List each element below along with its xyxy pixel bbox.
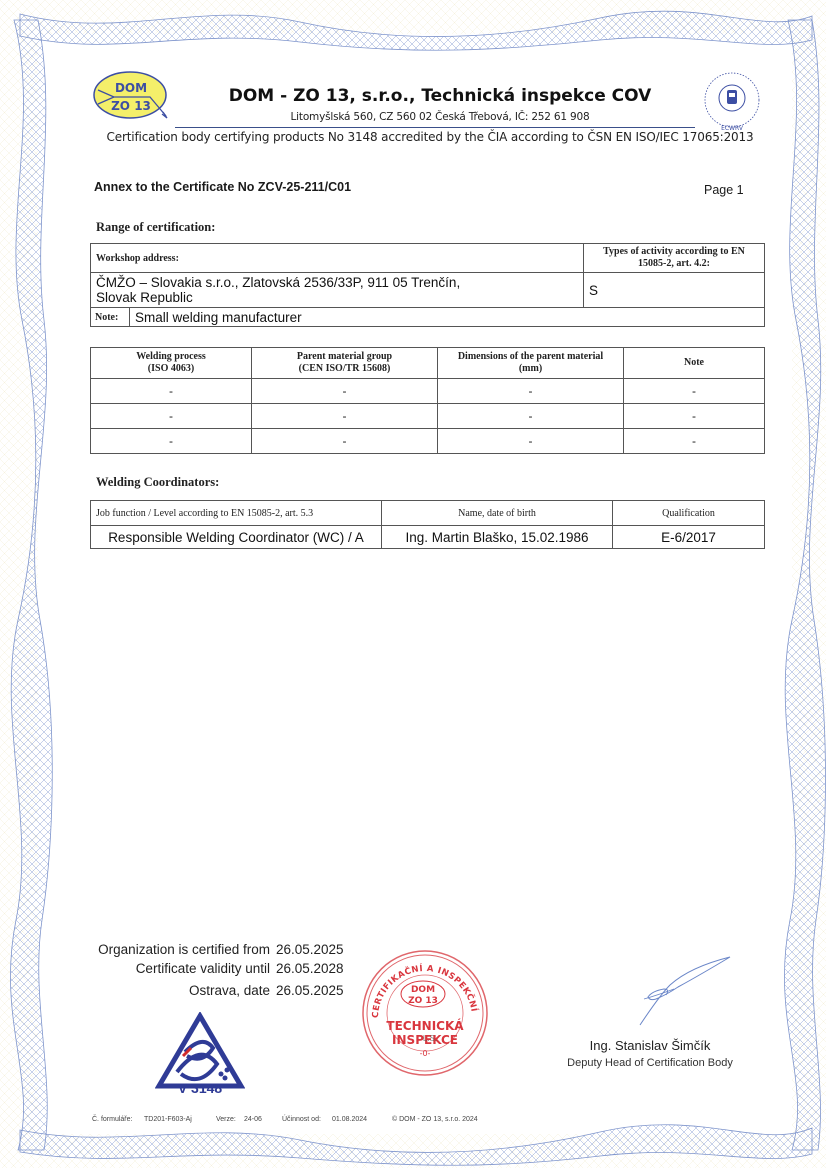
- dom-zo13-logo: DOM ZO 13: [92, 70, 174, 124]
- qualification-cell: E-6/2017: [613, 526, 765, 549]
- address-line-2: Slovak Republic: [96, 290, 578, 305]
- table-cell: -: [91, 429, 252, 454]
- org-address: Litomyšlská 560, CZ 560 02 Česká Třebová…: [180, 111, 700, 123]
- coordinators-heading: Welding Coordinators:: [96, 475, 219, 490]
- job-function-header: Job function / Level according to EN 150…: [91, 501, 382, 526]
- header-divider: [175, 127, 695, 128]
- note-label: Note:: [91, 308, 130, 327]
- table-cell: -: [624, 404, 765, 429]
- valid-until-label: Certificate validity until: [90, 959, 276, 978]
- version-label: Verze:: [216, 1116, 244, 1123]
- header-line-1: Welding process: [96, 351, 246, 363]
- header-line-1: Parent material group: [257, 351, 432, 363]
- address-line-1: ČMŽO – Slovakia s.r.o., Zlatovská 2536/3…: [96, 275, 578, 290]
- place-date: 26.05.2025: [276, 981, 344, 1000]
- svg-text:L.S.: L.S.: [423, 1034, 438, 1043]
- table-cell: -: [438, 379, 624, 404]
- certified-from-label: Organization is certified from: [90, 940, 276, 959]
- certified-from-date: 26.05.2025: [276, 940, 344, 959]
- coordinators-table: Job function / Level according to EN 150…: [90, 500, 765, 549]
- validity-block: Organization is certified from26.05.2025…: [90, 940, 344, 1000]
- activity-value: S: [584, 273, 765, 308]
- org-title: DOM - ZO 13, s.r.o., Technická inspekce …: [180, 86, 700, 106]
- signatory-name: Ing. Stanislav Šimčík: [555, 1038, 745, 1053]
- svg-text:DOM: DOM: [115, 81, 147, 95]
- process-header-4: Note: [624, 348, 765, 379]
- svg-text:ZO 13: ZO 13: [111, 99, 151, 113]
- certificate-annex-page: DOM ZO 13 DOM - ZO 13, s.r.o., Technická…: [0, 0, 826, 1168]
- header-line-2: (ISO 4063): [96, 363, 246, 375]
- svg-text:-0-: -0-: [420, 1049, 431, 1058]
- page-number: Page 1: [704, 183, 744, 197]
- form-number-label: Č. formuláře:: [92, 1116, 144, 1123]
- job-function-cell: Responsible Welding Coordinator (WC) / A: [91, 526, 382, 549]
- table-row: ----: [91, 404, 765, 429]
- header-line-2: (CEN ISO/TR 15608): [257, 363, 432, 375]
- qualification-header: Qualification: [613, 501, 765, 526]
- table-cell: -: [624, 429, 765, 454]
- signatory-role: Deputy Head of Certification Body: [555, 1057, 745, 1069]
- table-cell: -: [91, 379, 252, 404]
- workshop-address: ČMŽO – Slovakia s.r.o., Zlatovská 2536/3…: [91, 273, 584, 308]
- accreditation-number: V 3148: [155, 1080, 245, 1096]
- effective-date: 01.08.2024: [332, 1116, 392, 1123]
- table-row: ----: [91, 379, 765, 404]
- svg-text:DOM: DOM: [411, 985, 435, 995]
- table-cell: -: [252, 379, 438, 404]
- workshop-table: Workshop address: Types of activity acco…: [90, 243, 765, 327]
- svg-text:ZO 13: ZO 13: [408, 996, 438, 1006]
- form-footer: Č. formuláře: TD201-F603-Aj Verze: 24-06…: [92, 1116, 478, 1123]
- table-cell: -: [252, 429, 438, 454]
- process-header-1: Welding process(ISO 4063): [91, 348, 252, 379]
- table-cell: -: [252, 404, 438, 429]
- table-row: Responsible Welding Coordinator (WC) / A…: [91, 526, 765, 549]
- table-cell: -: [438, 404, 624, 429]
- accreditation-statement: Certification body certifying products N…: [100, 130, 760, 144]
- welding-process-table: Welding process(ISO 4063)Parent material…: [90, 347, 765, 454]
- table-row: ----: [91, 429, 765, 454]
- effective-label: Účinnost od:: [282, 1116, 332, 1123]
- process-header-2: Parent material group(CEN ISO/TR 15608): [252, 348, 438, 379]
- copyright: © DOM - ZO 13, s.r.o. 2024: [392, 1116, 478, 1123]
- ecwrv-seal-icon: ECWRV: [700, 70, 764, 134]
- table-cell: -: [624, 379, 765, 404]
- workshop-label: Workshop address:: [91, 244, 584, 273]
- signature: [630, 955, 740, 1030]
- header-line-1: Note: [629, 357, 759, 369]
- header-line-2: (mm): [443, 363, 618, 375]
- name-cell: Ing. Martin Blaško, 15.02.1986: [382, 526, 613, 549]
- svg-text:ECWRV: ECWRV: [721, 125, 744, 132]
- header-line-1: Dimensions of the parent material: [443, 351, 618, 363]
- process-header-3: Dimensions of the parent material(mm): [438, 348, 624, 379]
- table-cell: -: [438, 429, 624, 454]
- note-value: Small welding manufacturer: [130, 308, 765, 327]
- svg-text:TECHNICKÁ: TECHNICKÁ: [386, 1018, 464, 1033]
- activity-label: Types of activity according to EN 15085-…: [584, 244, 765, 273]
- name-header: Name, date of birth: [382, 501, 613, 526]
- annex-title: Annex to the Certificate No ZCV-25-211/C…: [94, 180, 351, 194]
- valid-until-date: 26.05.2028: [276, 959, 344, 978]
- place-date-label: Ostrava, date: [90, 981, 276, 1000]
- form-number: TD201-F603-Aj: [144, 1116, 216, 1123]
- range-heading: Range of certification:: [96, 220, 215, 235]
- version: 24-06: [244, 1116, 282, 1123]
- table-cell: -: [91, 404, 252, 429]
- official-stamp: CERTIFIKAČNÍ A INSPEKČNÍ ORGÁN DOM ZO 13…: [360, 948, 490, 1078]
